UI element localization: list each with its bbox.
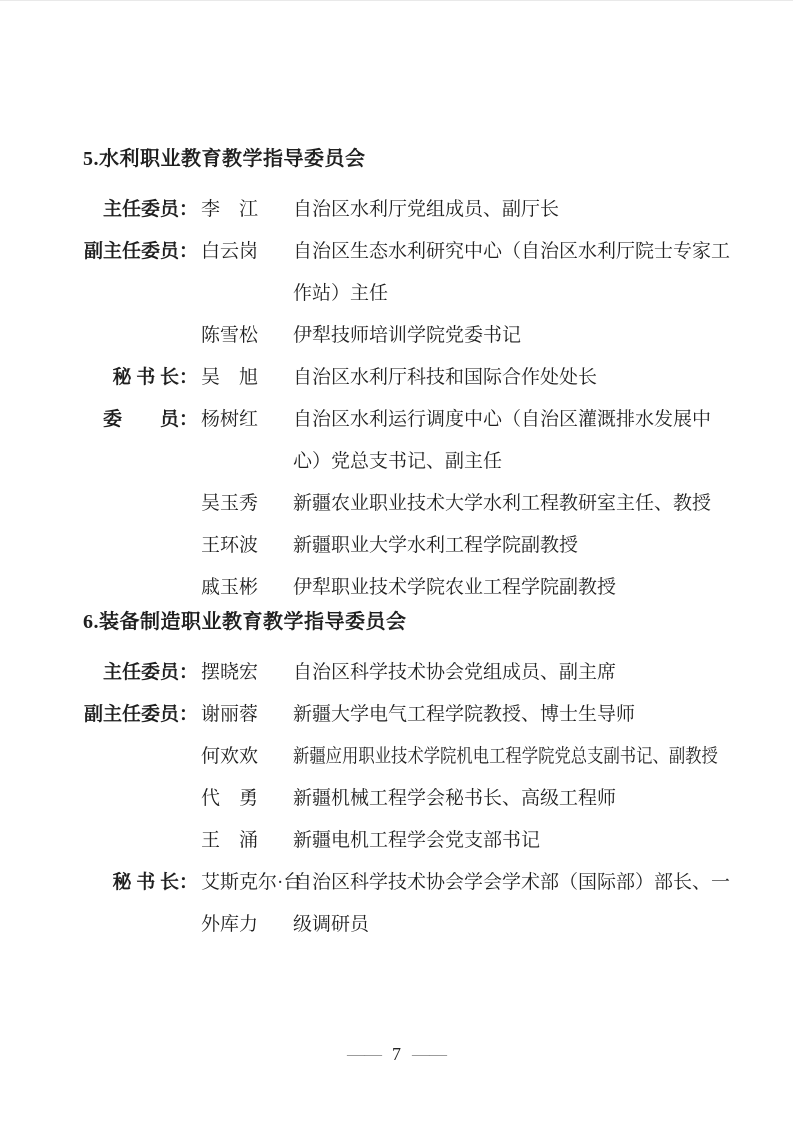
role-label [83,746,198,788]
member-title-line: 自治区科学技术协会党组成员、副主席 [293,662,723,704]
role-label [83,830,198,872]
role-label [83,493,198,535]
role-label: 主任委员： [83,199,198,241]
member-name-line: 李 江 [201,199,293,241]
member-name-line: 王 涌 [201,830,293,872]
page-footer: ——7—— [0,1043,793,1065]
footer-dash-left: —— [347,1044,381,1064]
member-name-line: 摆晓宏 [201,662,293,704]
member-name-line: 谢丽蓉 [201,704,293,746]
member-name: 吴 旭 [201,367,293,409]
committee-row: 王环波新疆职业大学水利工程学院副教授 [83,535,723,577]
member-title: 新疆职业大学水利工程学院副教授 [293,535,723,577]
member-title-line: 新疆职业大学水利工程学院副教授 [293,535,723,577]
member-name: 艾斯克尔·台外库力 [201,872,293,956]
member-name: 吴玉秀 [201,493,293,535]
member-name: 王 涌 [201,830,293,872]
page-number: 7 [392,1044,401,1064]
member-name: 李 江 [201,199,293,241]
member-title: 自治区水利厅党组成员、副厅长 [293,199,723,241]
committee-row: 副主任委员：谢丽蓉新疆大学电气工程学院教授、博士生导师 [83,704,723,746]
member-title-line: 自治区水利厅科技和国际合作处处长 [293,367,723,409]
committee-row: 主任委员：摆晓宏自治区科学技术协会党组成员、副主席 [83,662,723,704]
document-content: 5.水利职业教育教学指导委员会主任委员：李 江自治区水利厅党组成员、副厅长副主任… [83,149,723,956]
member-title: 自治区科学技术协会党组成员、副主席 [293,662,723,704]
member-name-line: 陈雪松 [201,325,293,367]
member-name-line: 外库力 [201,914,293,956]
role-label: 委 员： [83,409,198,451]
member-name: 谢丽蓉 [201,704,293,746]
committee-section: 6.装备制造职业教育教学指导委员会主任委员：摆晓宏自治区科学技术协会党组成员、副… [83,612,723,956]
member-title: 自治区水利厅科技和国际合作处处长 [293,367,723,409]
member-title-line: 自治区生态水利研究中心（自治区水利厅院士专家工 [293,241,723,283]
section-heading: 5.水利职业教育教学指导委员会 [83,149,723,170]
member-name: 杨树红 [201,409,293,451]
member-title-line: 伊犁技师培训学院党委书记 [293,325,723,367]
member-title: 新疆农业职业技术大学水利工程教研室主任、教授 [293,493,723,535]
footer-dash-right: —— [412,1044,446,1064]
committee-row: 陈雪松伊犁技师培训学院党委书记 [83,325,723,367]
member-name-line: 吴 旭 [201,367,293,409]
role-label: 秘 书 长： [83,872,198,914]
document-page: 5.水利职业教育教学指导委员会主任委员：李 江自治区水利厅党组成员、副厅长副主任… [0,0,793,1123]
committee-row: 何欢欢新疆应用职业技术学院机电工程学院党总支副书记、副教授 [83,746,723,788]
role-label [83,788,198,830]
member-name-line: 白云岗 [201,241,293,283]
member-title-line: 新疆农业职业技术大学水利工程教研室主任、教授 [293,493,723,535]
member-title: 新疆机械工程学会秘书长、高级工程师 [293,788,723,830]
committee-row: 委 员：杨树红自治区水利运行调度中心（自治区灌溉排水发展中心）党总支书记、副主任 [83,409,723,493]
committee-row: 秘 书 长：吴 旭自治区水利厅科技和国际合作处处长 [83,367,723,409]
member-name: 代 勇 [201,788,293,830]
member-title: 自治区生态水利研究中心（自治区水利厅院士专家工作站）主任 [293,241,723,325]
role-label: 副主任委员： [83,704,198,746]
member-name: 何欢欢 [201,746,293,788]
committee-row: 吴玉秀新疆农业职业技术大学水利工程教研室主任、教授 [83,493,723,535]
committee-row: 秘 书 长：艾斯克尔·台外库力自治区科学技术协会学会学术部（国际部）部长、一级调… [83,872,723,956]
member-name: 白云岗 [201,241,293,283]
member-title-line: 自治区水利运行调度中心（自治区灌溉排水发展中 [293,409,723,451]
member-name-line: 杨树红 [201,409,293,451]
member-title-line: 级调研员 [293,914,723,956]
member-name: 王环波 [201,535,293,577]
member-title-line: 新疆机械工程学会秘书长、高级工程师 [293,788,723,830]
member-name: 摆晓宏 [201,662,293,704]
member-title-line: 作站）主任 [293,283,723,325]
member-title: 新疆应用职业技术学院机电工程学院党总支副书记、副教授 [293,746,663,788]
member-title-line: 新疆大学电气工程学院教授、博士生导师 [293,704,723,746]
role-label [83,325,198,367]
member-name: 陈雪松 [201,325,293,367]
committee-row: 王 涌新疆电机工程学会党支部书记 [83,830,723,872]
member-title: 伊犁技师培训学院党委书记 [293,325,723,367]
member-title-line: 心）党总支书记、副主任 [293,451,723,493]
member-name-line: 吴玉秀 [201,493,293,535]
committee-row: 代 勇新疆机械工程学会秘书长、高级工程师 [83,788,723,830]
member-title-line: 新疆电机工程学会党支部书记 [293,830,723,872]
committee-row: 副主任委员：白云岗自治区生态水利研究中心（自治区水利厅院士专家工作站）主任 [83,241,723,325]
member-title: 自治区科学技术协会学会学术部（国际部）部长、一级调研员 [293,872,723,956]
member-name-line: 何欢欢 [201,746,293,788]
role-label: 主任委员： [83,662,198,704]
member-name-line: 艾斯克尔·台 [201,872,293,914]
member-title: 自治区水利运行调度中心（自治区灌溉排水发展中心）党总支书记、副主任 [293,409,723,493]
member-title-line: 新疆应用职业技术学院机电工程学院党总支副书记、副教授 [293,746,663,788]
role-label: 副主任委员： [83,241,198,283]
member-name-line: 王环波 [201,535,293,577]
member-title-line: 自治区科学技术协会学会学术部（国际部）部长、一 [293,872,723,914]
member-title: 新疆大学电气工程学院教授、博士生导师 [293,704,723,746]
member-title: 新疆电机工程学会党支部书记 [293,830,723,872]
member-title-line: 自治区水利厅党组成员、副厅长 [293,199,723,241]
committee-section: 5.水利职业教育教学指导委员会主任委员：李 江自治区水利厅党组成员、副厅长副主任… [83,149,723,619]
role-label: 秘 书 长： [83,367,198,409]
role-label [83,535,198,577]
member-name-line: 代 勇 [201,788,293,830]
committee-row: 主任委员：李 江自治区水利厅党组成员、副厅长 [83,199,723,241]
